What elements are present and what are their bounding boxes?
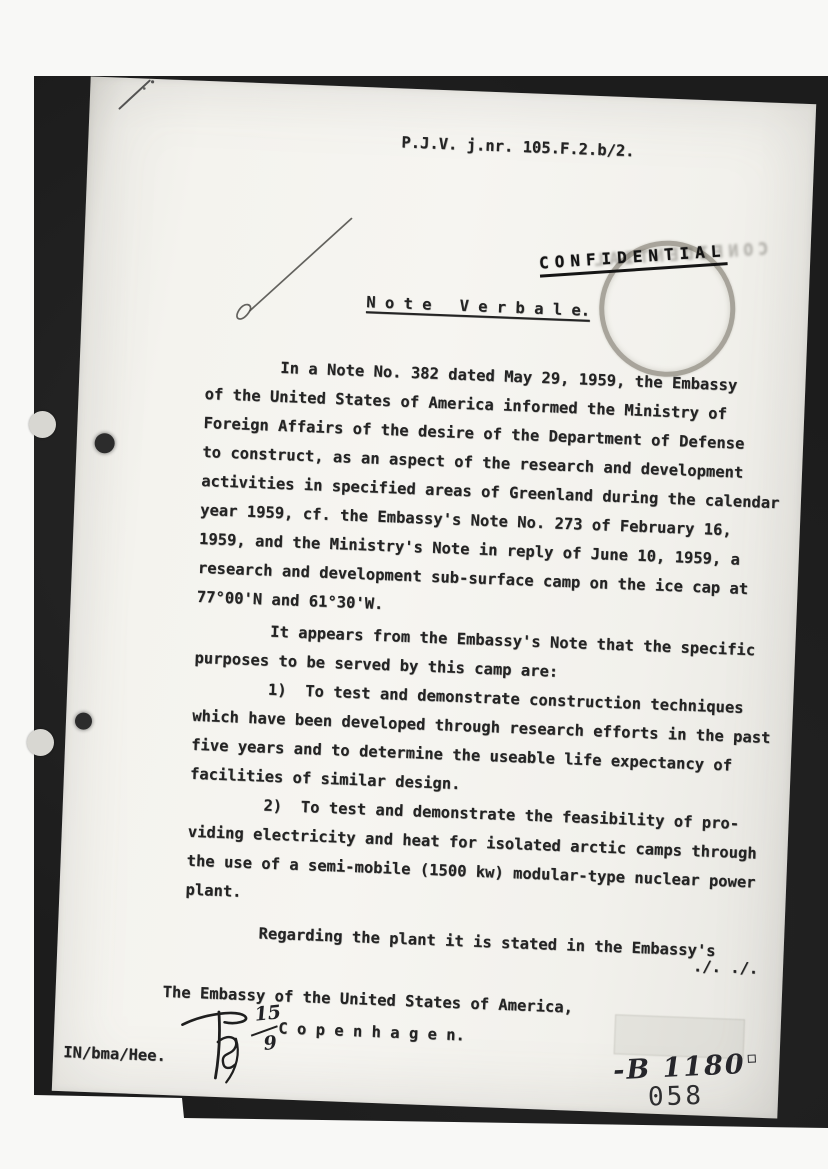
scanned-document: P.J.V. j.nr. 105.F.2.b/2. CONFIDENTIAL C… <box>0 0 828 1169</box>
recipient-line-2: C o p e n h a g e n. <box>278 1014 466 1050</box>
journal-reference: P.J.V. j.nr. 105.F.2.b/2. <box>401 128 635 166</box>
pencil-scratch-top-left <box>120 79 155 110</box>
punch-hole-top <box>29 411 56 438</box>
document-body: In a Note No. 382 dated May 29, 1959, th… <box>183 351 784 968</box>
punch-hole-bottom <box>27 729 54 756</box>
enclosure-marks: ./. ./. <box>692 952 758 983</box>
list-item-1: 1) To test and demonstrate construction … <box>189 673 772 811</box>
paragraph-1: In a Note No. 382 dated May 29, 1959, th… <box>196 351 784 634</box>
handwritten-sup-mark <box>747 1054 755 1062</box>
handwritten-signature <box>180 1011 246 1083</box>
document-page: P.J.V. j.nr. 105.F.2.b/2. CONFIDENTIAL C… <box>52 76 816 1118</box>
paragraph-3: Regarding the plant it is stated in the … <box>183 917 762 968</box>
ink-blot-upper <box>94 433 115 454</box>
typist-initials: IN/bma/Hee. <box>63 1038 167 1071</box>
document-title: N o t e V e r b a l e. <box>366 291 591 322</box>
date-numerator: 15 <box>254 1001 283 1026</box>
date-denominator: 9 <box>263 1032 278 1055</box>
page-number-stamp: 058 <box>648 1081 705 1113</box>
handwritten-date: 15 9 <box>250 1000 295 1060</box>
recipient-line-1: The Embassy of the United States of Amer… <box>162 978 573 1023</box>
list-item-2: 2) To test and demonstrate the feasibili… <box>185 789 768 927</box>
pencil-check-mark <box>237 214 352 323</box>
ink-blot-lower <box>75 712 93 730</box>
